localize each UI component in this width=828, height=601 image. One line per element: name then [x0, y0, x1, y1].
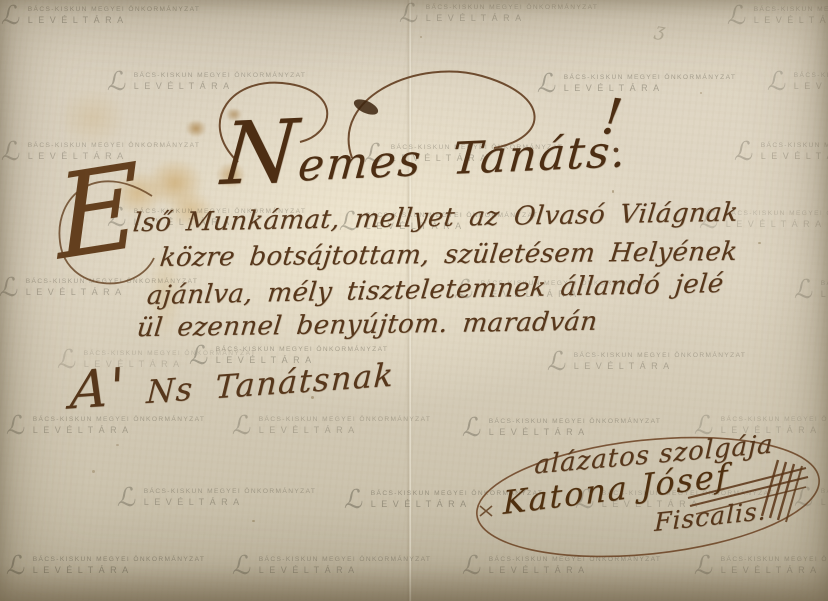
watermark-archive-line: LEVÉLTÁRA	[33, 424, 206, 436]
watermark-organization-line: BÁCS-KISKUN MEGYEI ÖNKORMÁNYZAT	[426, 4, 599, 12]
archive-logo-icon: ℒ	[5, 414, 27, 438]
stain	[186, 120, 206, 137]
archive-watermark-text: BÁCS-KISKUN MEGYEI ÖNKORMÁNYZAT LEVÉLTÁR…	[721, 554, 828, 576]
archive-watermark: ℒ BÁCS-KISKUN MEGYEI ÖNKORMÁNYZAT LEVÉLT…	[7, 554, 205, 578]
watermark-archive-line: LEVÉLTÁRA	[821, 496, 828, 508]
foxing-speck	[252, 520, 255, 522]
archive-watermark: ℒ BÁCS-KISKUN MEGYEI ÖNKORMÁNYZAT LEVÉLT…	[463, 416, 661, 440]
archive-logo-icon: ℒ	[733, 140, 755, 164]
watermark-organization-line: BÁCS-KISKUN MEGYEI ÖNKORMÁNYZAT	[821, 488, 828, 496]
archive-logo-icon: ℒ	[461, 554, 483, 578]
archive-logo-icon: ℒ	[461, 416, 483, 440]
archive-watermark: ℒ BÁCS-KISKUN MEGYEI ÖNKORMÁNYZAT LEVÉLT…	[2, 4, 200, 28]
archive-logo-icon: ℒ	[793, 486, 815, 510]
body-line: közre botsájtottam, születésem Helyének	[158, 237, 739, 273]
archive-logo-icon: ℒ	[0, 276, 20, 300]
watermark-organization-line: BÁCS-KISKUN MEGYEI ÖNKORMÁNYZAT	[489, 556, 662, 564]
watermark-archive-line: LEVÉLTÁRA	[426, 12, 599, 24]
watermark-organization-line: BÁCS-KISKUN MEGYEI ÖNKORMÁNYZAT	[134, 72, 307, 80]
watermark-archive-line: LEVÉLTÁRA	[794, 80, 828, 92]
archive-watermark-text: BÁCS-KISKUN MEGYEI ÖNKORMÁNYZAT LEVÉLTÁR…	[426, 2, 599, 24]
foxing-speck	[612, 190, 614, 193]
archive-watermark-text: BÁCS-KISKUN MEGYEI ÖNKORMÁNYZAT LEVÉLTÁR…	[33, 554, 206, 576]
archive-logo-icon: ℒ	[5, 554, 27, 578]
archive-logo-icon: ℒ	[231, 414, 253, 438]
archive-watermark: ℒ BÁCS-KISKUN MEGYEI ÖNKORMÁNYZAT LEVÉLT…	[768, 70, 828, 94]
archive-watermark-text: BÁCS-KISKUN MEGYEI ÖNKORMÁNYZAT LEVÉLTÁR…	[754, 4, 828, 26]
archive-logo-icon: ℒ	[398, 2, 420, 26]
archive-watermark: ℒ BÁCS-KISKUN MEGYEI ÖNKORMÁNYZAT LEVÉLT…	[233, 554, 431, 578]
watermark-archive-line: LEVÉLTÁRA	[721, 564, 828, 576]
document-title: Nemes Tanáts.	[218, 87, 632, 205]
signature-slash	[778, 464, 794, 520]
watermark-organization-line: BÁCS-KISKUN MEGYEI ÖNKORMÁNYZAT	[821, 280, 828, 288]
archive-watermark-text: BÁCS-KISKUN MEGYEI ÖNKORMÁNYZAT LEVÉLTÁR…	[489, 554, 662, 576]
archive-watermark: ℒ BÁCS-KISKUN MEGYEI ÖNKORMÁNYZAT LEVÉLT…	[728, 4, 828, 28]
archive-watermark-text: BÁCS-KISKUN MEGYEI ÖNKORMÁNYZAT LEVÉLTÁR…	[794, 70, 828, 92]
archive-watermark: ℒ BÁCS-KISKUN MEGYEI ÖNKORMÁNYZAT LEVÉLT…	[233, 414, 431, 438]
watermark-archive-line: LEVÉLTÁRA	[144, 496, 317, 508]
watermark-organization-line: BÁCS-KISKUN MEGYEI ÖNKORMÁNYZAT	[144, 488, 317, 496]
foxing-speck	[116, 444, 119, 446]
archive-watermark: ℒ BÁCS-KISKUN MEGYEI ÖNKORMÁNYZAT LEVÉLT…	[400, 2, 598, 26]
drop-cap-initial: E	[54, 151, 143, 275]
watermark-organization-line: BÁCS-KISKUN MEGYEI ÖNKORMÁNYZAT	[721, 556, 828, 564]
stain	[146, 158, 204, 208]
watermark-archive-line: LEVÉLTÁRA	[134, 80, 307, 92]
archive-watermark-text: BÁCS-KISKUN MEGYEI ÖNKORMÁNYZAT LEVÉLTÁR…	[259, 414, 432, 436]
pencil-mark: ʒ	[653, 19, 667, 41]
body-line: ül ezennel benyújtom. maradván	[135, 307, 599, 343]
watermark-archive-line: LEVÉLTÁRA	[761, 150, 828, 162]
archive-logo-icon: ℒ	[343, 488, 365, 512]
watermark-organization-line: BÁCS-KISKUN MEGYEI ÖNKORMÁNYZAT	[574, 352, 747, 360]
archive-logo-icon: ℒ	[0, 140, 22, 164]
watermark-archive-line: LEVÉLTÁRA	[754, 14, 828, 26]
archive-logo-icon: ℒ	[116, 486, 138, 510]
watermark-organization-line: BÁCS-KISKUN MEGYEI ÖNKORMÁNYZAT	[489, 418, 662, 426]
stain	[58, 88, 128, 148]
watermark-organization-line: BÁCS-KISKUN MEGYEI ÖNKORMÁNYZAT	[28, 6, 201, 14]
archive-watermark: ℒ BÁCS-KISKUN MEGYEI ÖNKORMÁNYZAT LEVÉLT…	[795, 486, 828, 510]
archive-logo-icon: ℒ	[766, 70, 788, 94]
archive-watermark-text: BÁCS-KISKUN MEGYEI ÖNKORMÁNYZAT LEVÉLTÁR…	[821, 278, 828, 300]
watermark-archive-line: LEVÉLTÁRA	[726, 218, 828, 230]
watermark-organization-line: BÁCS-KISKUN MEGYEI ÖNKORMÁNYZAT	[726, 210, 828, 218]
signature-slash	[786, 466, 802, 522]
signature-slash	[770, 462, 786, 518]
archive-logo-icon: ℒ	[726, 4, 748, 28]
archive-watermark-text: BÁCS-KISKUN MEGYEI ÖNKORMÁNYZAT LEVÉLTÁR…	[726, 208, 828, 230]
watermark-organization-line: BÁCS-KISKUN MEGYEI ÖNKORMÁNYZAT	[761, 142, 828, 150]
watermark-archive-line: LEVÉLTÁRA	[259, 564, 432, 576]
archive-watermark: ℒ BÁCS-KISKUN MEGYEI ÖNKORMÁNYZAT LEVÉLT…	[795, 278, 828, 302]
archive-watermark: ℒ BÁCS-KISKUN MEGYEI ÖNKORMÁNYZAT LEVÉLT…	[463, 554, 661, 578]
watermark-organization-line: BÁCS-KISKUN MEGYEI ÖNKORMÁNYZAT	[259, 556, 432, 564]
archive-watermark-text: BÁCS-KISKUN MEGYEI ÖNKORMÁNYZAT LEVÉLTÁR…	[144, 486, 317, 508]
watermark-archive-line: LEVÉLTÁRA	[574, 360, 747, 372]
foxing-speck	[758, 242, 761, 244]
oval-x-mark	[480, 506, 492, 516]
archive-watermark-text: BÁCS-KISKUN MEGYEI ÖNKORMÁNYZAT LEVÉLTÁR…	[259, 554, 432, 576]
archive-logo-icon: ℒ	[546, 350, 568, 374]
watermark-organization-line: BÁCS-KISKUN MEGYEI ÖNKORMÁNYZAT	[564, 74, 737, 82]
archive-logo-icon: ℒ	[0, 4, 22, 28]
archive-logo-icon: ℒ	[231, 554, 253, 578]
foxing-speck	[420, 36, 422, 38]
foxing-speck	[92, 470, 95, 473]
watermark-organization-line: BÁCS-KISKUN MEGYEI ÖNKORMÁNYZAT	[721, 416, 828, 424]
address-line: A' Ns Tanátsnak	[69, 338, 396, 421]
body-line: ajánlva, mély tiszteletemnek állandó jel…	[146, 269, 726, 311]
archive-watermark: ℒ BÁCS-KISKUN MEGYEI ÖNKORMÁNYZAT LEVÉLT…	[548, 350, 746, 374]
watermark-archive-line: LEVÉLTÁRA	[489, 426, 662, 438]
archive-watermark-text: BÁCS-KISKUN MEGYEI ÖNKORMÁNYZAT LEVÉLTÁR…	[489, 416, 662, 438]
archive-logo-icon: ℒ	[793, 278, 815, 302]
archive-watermark: ℒ BÁCS-KISKUN MEGYEI ÖNKORMÁNYZAT LEVÉLT…	[118, 486, 316, 510]
watermark-organization-line: BÁCS-KISKUN MEGYEI ÖNKORMÁNYZAT	[259, 416, 432, 424]
archive-watermark: ℒ BÁCS-KISKUN MEGYEI ÖNKORMÁNYZAT LEVÉLT…	[695, 554, 828, 578]
watermark-organization-line: BÁCS-KISKUN MEGYEI ÖNKORMÁNYZAT	[794, 72, 828, 80]
archive-watermark-text: BÁCS-KISKUN MEGYEI ÖNKORMÁNYZAT LEVÉLTÁR…	[761, 140, 828, 162]
watermark-archive-line: LEVÉLTÁRA	[259, 424, 432, 436]
archive-watermark: ℒ BÁCS-KISKUN MEGYEI ÖNKORMÁNYZAT LEVÉLT…	[108, 70, 306, 94]
archive-watermark-text: BÁCS-KISKUN MEGYEI ÖNKORMÁNYZAT LEVÉLTÁR…	[28, 4, 201, 26]
archive-logo-icon: ℒ	[106, 70, 128, 94]
signature-role: Fiscalis.	[654, 496, 767, 537]
archive-watermark-text: BÁCS-KISKUN MEGYEI ÖNKORMÁNYZAT LEVÉLTÁR…	[134, 70, 307, 92]
foxing-speck	[700, 92, 702, 94]
archive-logo-icon: ℒ	[693, 554, 715, 578]
archive-watermark-text: BÁCS-KISKUN MEGYEI ÖNKORMÁNYZAT LEVÉLTÁR…	[821, 486, 828, 508]
archive-watermark-text: BÁCS-KISKUN MEGYEI ÖNKORMÁNYZAT LEVÉLTÁR…	[574, 350, 747, 372]
watermark-organization-line: BÁCS-KISKUN MEGYEI ÖNKORMÁNYZAT	[33, 556, 206, 564]
scanned-letter-page: { "document": { "title": "Nemes Tanáts."…	[0, 0, 828, 601]
archive-watermark: ℒ BÁCS-KISKUN MEGYEI ÖNKORMÁNYZAT LEVÉLT…	[735, 140, 828, 164]
watermark-organization-line: BÁCS-KISKUN MEGYEI ÖNKORMÁNYZAT	[754, 6, 828, 14]
watermark-archive-line: LEVÉLTÁRA	[821, 288, 828, 300]
watermark-archive-line: LEVÉLTÁRA	[489, 564, 662, 576]
watermark-archive-line: LEVÉLTÁRA	[28, 14, 201, 26]
watermark-archive-line: LEVÉLTÁRA	[33, 564, 206, 576]
